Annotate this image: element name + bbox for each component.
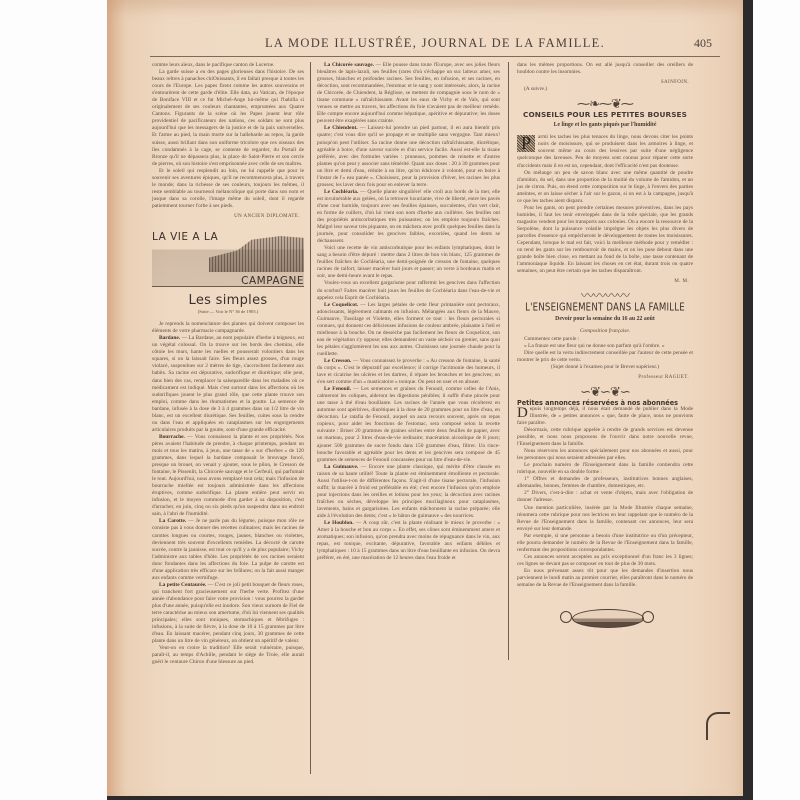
banner-text-top: LA VIE A LA (152, 234, 218, 241)
entry-title: Le Fenouil. (324, 386, 351, 392)
entry-title: Le Cochléaria. (324, 189, 358, 195)
dropcap: D (517, 407, 528, 420)
conseils-title: CONSEILS POUR LES PETITES BOURSES (517, 111, 693, 118)
paragraph: Parmi les taches les plus tenaces du lin… (517, 134, 693, 169)
paragraph: Et le soleil qui resplendit au loin, ne … (152, 168, 304, 210)
professor-signature: Professeur RAGUET. (517, 374, 689, 381)
entry-carotte: La Carotte. — Je ne parle pas du légume,… (152, 518, 304, 581)
paragraph: Commentez cette parole : (517, 336, 693, 343)
village-illustration (209, 236, 304, 272)
column-rule-1 (310, 62, 311, 774)
entry-guimauve: La Guimauve. — Encore une plante classiq… (317, 464, 500, 520)
paragraph: Depuis longtemps déjà, il nous était dem… (517, 406, 693, 427)
paragraph-text: armi les taches les plus tenaces du ling… (517, 134, 693, 168)
column-left: comme leurs aïeux, dans le pacifique can… (152, 62, 304, 666)
page-edge-shadow (743, 0, 753, 800)
column-middle: La Chicorée sauvage. — Elle pousse dans … (317, 62, 500, 562)
curl-right (642, 611, 654, 623)
entry-houblon: Le Houblon. — A coup sûr, c'est la plant… (317, 520, 500, 562)
composition-label-text: Composition française. (580, 328, 630, 334)
paragraph: « La frauze est une fleur qui ne donne s… (517, 343, 693, 350)
paragraph: (Sujet donné à l'examen pour le Brevet s… (517, 364, 693, 371)
paragraph: Je reprends la nomenclature des plantes … (152, 321, 304, 335)
column-right: dans les mêmes proportions. On est allé … (517, 62, 693, 629)
banner-text-bottom: CAMPAGNE (241, 278, 304, 285)
entry-bourrache: Bourrache. — Vous connaissez la plante e… (152, 434, 304, 519)
entry-cochlearia: Le Cochléaria. — Quelle plante singulièr… (317, 189, 500, 245)
entry-title: La Chicorée sauvage. (324, 62, 374, 68)
paragraph: Une mention particulière, insérée par la… (517, 505, 693, 533)
entry-fenouil: Le Fenouil. — Les semences et graines du… (317, 386, 500, 464)
paragraph: 1° Offres et demandes de professeurs, in… (517, 476, 693, 490)
entry-title: Bardane. (159, 335, 180, 341)
paragraph: On mélange un peu de savon blanc avec un… (517, 170, 693, 205)
entry-title: La petite Centaurée. (159, 582, 206, 588)
column-rule-2 (508, 62, 509, 660)
paragraph: Ces annonces seront acceptées au prix ex… (517, 554, 693, 568)
entry-chicoree: La Chicorée sauvage. — Elle pousse dans … (317, 62, 500, 125)
entry-title: Le Houblon. (324, 520, 354, 526)
entry-text: — Les semences et graines du Fenouil, co… (317, 386, 500, 462)
page-bottom-edge (107, 796, 753, 800)
annonces-title: Petites annonces réservées à nos abonnée… (517, 399, 672, 406)
scroll-ornament-icon: ⁓❧⁓❦⁓ (517, 100, 693, 107)
paragraph: Nous réservons les annonces spécialement… (517, 448, 693, 462)
vignette-oval (572, 609, 644, 628)
vie-campagne-banner: LA VIE A LA CAMPAGNE (152, 234, 304, 287)
paragraph: Le prochain numéro de l'Enseignement dan… (517, 462, 693, 476)
entry-text: — Les larges pétales de cette fleur prin… (317, 302, 500, 357)
landscape-vignette-icon (560, 607, 650, 629)
entry-text: — Je ne parle pas du légume, puisque mon… (152, 518, 304, 580)
journal-title: LA MODE ILLUSTRÉE, JOURNAL DE LA FAMILLE… (150, 36, 720, 51)
entry-text: — Vous connaissez la plante et ses propr… (152, 434, 304, 518)
signature: M. M. (517, 278, 689, 285)
paragraph: Voici une recette de vin antiscorbutique… (317, 245, 500, 280)
page-number: 405 (694, 36, 712, 51)
running-header: LA MODE ILLUSTRÉE, JOURNAL DE LA FAMILLE… (150, 36, 720, 57)
entry-title: Le Coquelicot. (324, 302, 358, 308)
entry-coquelicot: Le Coquelicot. — Les larges pétales de c… (317, 302, 500, 358)
entry-text: — La Bardane, au nom populaire d'herbe à… (152, 335, 304, 433)
entry-bardane: Bardane. — La Bardane, au nom populaire … (152, 335, 304, 434)
entry-text: — C'est ce joli petit bouquet de fleurs … (152, 582, 304, 644)
entry-text: — Encore une plante classique, qui mérit… (317, 464, 500, 519)
paragraph: Pour les gants, on peut prendre certaine… (517, 205, 693, 275)
paragraph: comme leurs aïeux, dans le pacifique can… (152, 62, 304, 69)
signature: UN ANCIEN DIPLOMATE. (152, 213, 300, 220)
entry-title: Le Cresson. (324, 358, 351, 364)
paragraph: Par exemple, si une personne a besoin d'… (517, 533, 693, 554)
paragraph: Voulez-vous un excellent gargarisme pour… (317, 280, 500, 301)
paragraph: Veut-on en croire la tradition? Elle ser… (152, 645, 304, 666)
entry-title: La Guimauve. (324, 464, 358, 470)
entry-title: Bourrache. (159, 434, 185, 440)
entry-title: La Carotte. (159, 518, 186, 524)
paragraph: Dire quelle est la vertu indirectement c… (517, 350, 693, 364)
entry-centauree: La petite Centaurée. — C'est ce joli pet… (152, 582, 304, 645)
composition-label: Composition française. (517, 328, 693, 335)
paragraph: dans les mêmes proportions. On est allé … (517, 62, 693, 76)
flourish-ornament-icon: ∽❦∽❦∽ (517, 388, 693, 395)
paragraph: En nous prévenant assez tôt pour que les… (517, 568, 693, 589)
entry-chiendent: Le Chiendent. — Laissez-lui prendre un p… (317, 125, 500, 188)
to-follow-note: (A suivre.) (517, 86, 693, 93)
banner-ornament-icon: 〰〰〰〰 (517, 292, 693, 299)
curl-left (560, 611, 572, 623)
entry-cresson: Le Cresson. — Vous connaissez le proverb… (317, 358, 500, 386)
article-title: Les simples (152, 297, 304, 304)
entry-title: Le Chiendent. (324, 125, 358, 131)
decorated-dropcap: P (517, 135, 535, 152)
article-subtitle: (Suite — Voir le N° 36 de 1905.) (152, 308, 304, 315)
paragraph: La garde suisse a eu des pages glorieuse… (152, 69, 304, 168)
entry-text: — A coup sûr, c'est la plante réalisant … (317, 520, 500, 561)
paragraph: 2° Divers, c'est-à-dire : achat et vente… (517, 490, 693, 504)
entry-text: — Laissez-lui prendre un pied partout, i… (317, 125, 500, 187)
corner-flourish-icon (706, 712, 730, 740)
conseils-subtitle: Le linge et les gants piqués par l'humid… (517, 122, 693, 129)
entry-text: — Quelle plante singulière! elle croît a… (317, 189, 500, 244)
enseignement-title: L'ENSEIGNEMENT DANS LA FAMILLE (517, 305, 693, 313)
paragraph-text: epuis longtemps déjà, il nous était dema… (517, 406, 693, 426)
entry-text: — Elle pousse dans toute l'Europe, avec … (317, 62, 500, 124)
paragraph: Désormais, cette rubrique appelée à rend… (517, 427, 693, 448)
enseignement-subtitle: Devoir pour la semaine du 16 au 22 août (517, 316, 693, 323)
